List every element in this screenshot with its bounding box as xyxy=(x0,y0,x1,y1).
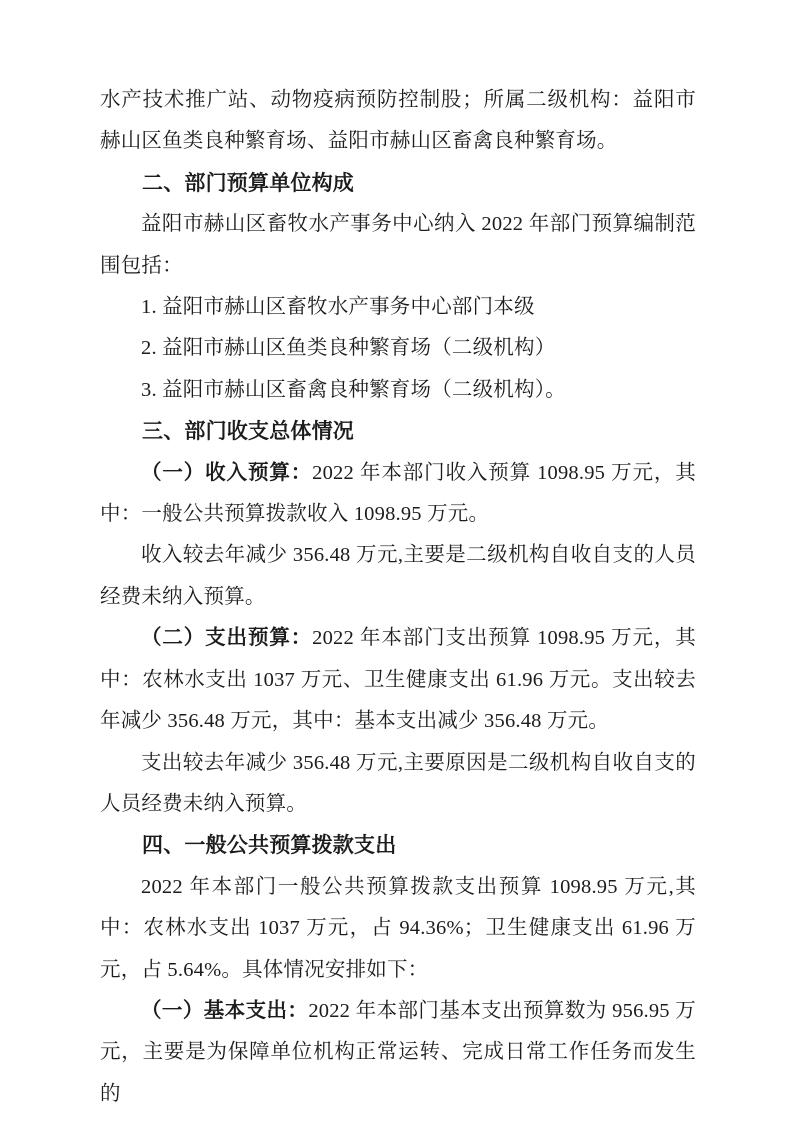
paragraph-expense-budget: （二）支出预算：2022 年本部门支出预算 1098.95 万元，其中：农林水支… xyxy=(100,618,696,742)
section-heading-2: 二、部门预算单位构成 xyxy=(100,163,696,204)
paragraph-basic-expense: （一）基本支出：2022 年本部门基本支出预算数为 956.95 万元，主要是为… xyxy=(100,991,696,1115)
document-page: 水产技术推广站、动物疫病预防控制股；所属二级机构：益阳市赫山区鱼类良种繁育场、益… xyxy=(0,0,794,1122)
list-item-3: 3. 益阳市赫山区畜禽良种繁育场（二级机构）。 xyxy=(100,370,696,411)
paragraph-lead: （一）收入预算： xyxy=(141,462,312,484)
list-item-2: 2. 益阳市赫山区鱼类良种繁育场（二级机构） xyxy=(100,328,696,369)
paragraph-income-budget: （一）收入预算：2022 年本部门收入预算 1098.95 万元，其中：一般公共… xyxy=(100,453,696,536)
section-heading-4: 四、一般公共预算拨款支出 xyxy=(100,825,696,866)
section-heading-3: 三、部门收支总体情况 xyxy=(100,411,696,452)
paragraph-lead: （一）基本支出： xyxy=(141,1000,308,1022)
paragraph-lead: （二）支出预算： xyxy=(141,627,312,649)
paragraph: 益阳市赫山区畜牧水产事务中心纳入 2022 年部门预算编制范围包括： xyxy=(100,204,696,287)
paragraph: 收入较去年减少 356.48 万元,主要是二级机构自收自支的人员经费未纳入预算。 xyxy=(100,535,696,618)
paragraph: 2022 年本部门一般公共预算拨款支出预算 1098.95 万元,其中：农林水支… xyxy=(100,867,696,991)
paragraph-continuation: 水产技术推广站、动物疫病预防控制股；所属二级机构：益阳市赫山区鱼类良种繁育场、益… xyxy=(100,80,696,163)
paragraph: 支出较去年减少 356.48 万元,主要原因是二级机构自收自支的人员经费未纳入预… xyxy=(100,743,696,826)
list-item-1: 1. 益阳市赫山区畜牧水产事务中心部门本级 xyxy=(100,287,696,328)
document-body: 水产技术推广站、动物疫病预防控制股；所属二级机构：益阳市赫山区鱼类良种繁育场、益… xyxy=(100,80,696,1115)
